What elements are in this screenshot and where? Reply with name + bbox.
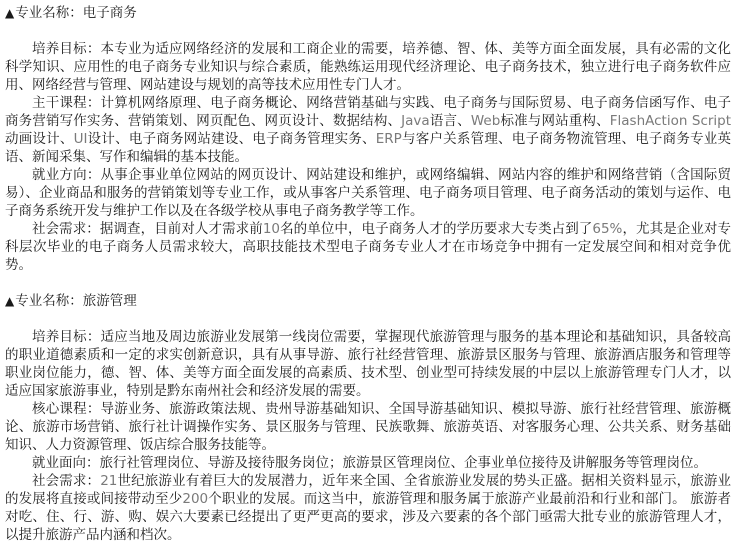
social-demand-paragraph: 社会需求：21世纪旅游业有着巨大的发展潜力，近年来全国、全省旅游业发展的势头正盛… [5,472,731,544]
training-objectives-paragraph: 培养目标：本专业为适应网络经济的发展和工商企业的需要，培养德、智、体、美等方面全… [5,40,731,94]
training-objectives-paragraph: 培养目标：适应当地及周边旅游业发展第一线岗位需要，掌握现代旅游管理与服务的基本理… [5,328,731,400]
section-heading: ▲专业名称：电子商务 [5,4,731,22]
main-courses-paragraph: 主干课程：计算机网络原理、电子商务概论、网络营销基础与实践、电子商务与国际贸易、… [5,94,731,166]
section-title: 专业名称：旅游管理 [15,293,137,309]
section-title: 专业名称：电子商务 [15,5,137,21]
employment-orientation-paragraph: 就业面向：旅行社管理岗位、导游及接待服务岗位；旅游景区管理岗位、企事业单位接待及… [5,454,731,472]
triangle-bullet-icon: ▲ [5,4,14,22]
triangle-bullet-icon: ▲ [5,292,14,310]
document-body: ▲专业名称：电子商务 培养目标：本专业为适应网络经济的发展和工商企业的需要，培养… [5,4,731,544]
employment-direction-paragraph: 就业方向：从事企事业单位网站的网页设计、网站建设和维护，或网络编辑、网站内容的维… [5,166,731,220]
social-demand-paragraph: 社会需求：据调查，目前对人才需求前10名的单位中，电子商务人才的学历要求大专类占… [5,220,731,274]
section-heading: ▲专业名称：旅游管理 [5,292,731,310]
major-section-ecommerce: ▲专业名称：电子商务 培养目标：本专业为适应网络经济的发展和工商企业的需要，培养… [5,4,731,274]
core-courses-paragraph: 核心课程：导游业务、旅游政策法规、贵州导游基础知识、全国导游基础知识、模拟导游、… [5,400,731,454]
major-section-tourism: ▲专业名称：旅游管理 培养目标：适应当地及周边旅游业发展第一线岗位需要，掌握现代… [5,292,731,544]
